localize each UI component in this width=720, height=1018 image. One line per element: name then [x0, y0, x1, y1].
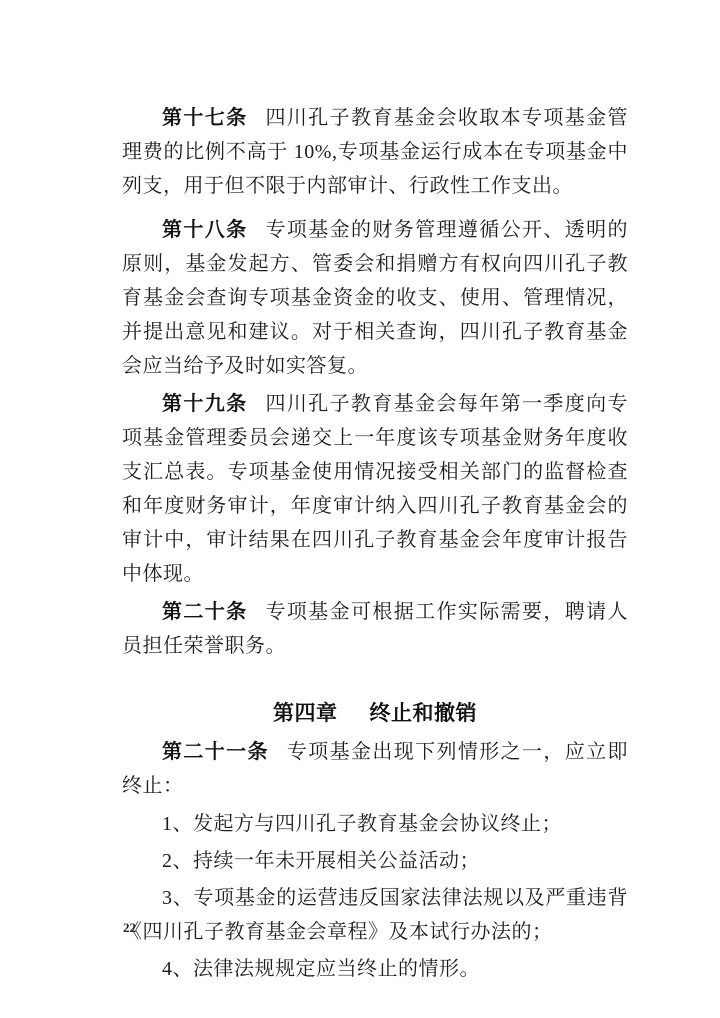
article-20-number: 第二十条	[162, 601, 266, 623]
termination-item-2: 2、持续一年未开展相关公益活动；	[122, 844, 628, 878]
chapter-title: 终止和撤销	[370, 702, 478, 725]
document-page: 第十七条四川孔子教育基金会收取本专项基金管理费的比例不高于 10%,专项基金运行…	[0, 0, 720, 1018]
document-content: 第十七条四川孔子教育基金会收取本专项基金管理费的比例不高于 10%,专项基金运行…	[122, 101, 628, 989]
page-number: 22	[123, 920, 136, 936]
termination-item-3: 3、专项基金的运营违反国家法律法规以及严重违背《四川孔子教育基金会章程》及本试行…	[122, 881, 628, 949]
article-17-number: 第十七条	[162, 107, 266, 129]
termination-item-1: 1、发起方与四川孔子教育基金会协议终止；	[122, 807, 628, 841]
article-19-number: 第十九条	[162, 393, 266, 415]
article-17-paragraph: 第十七条四川孔子教育基金会收取本专项基金管理费的比例不高于 10%,专项基金运行…	[122, 101, 628, 203]
chapter-4-heading: 第四章终止和撤销	[122, 697, 628, 731]
article-18-number: 第十八条	[162, 219, 266, 241]
article-18-text: 专项基金的财务管理遵循公开、透明的原则，基金发起方、管委会和捐赠方有权向四川孔子…	[122, 219, 628, 377]
chapter-number: 第四章	[273, 702, 338, 725]
article-18-paragraph: 第十八条专项基金的财务管理遵循公开、透明的原则，基金发起方、管委会和捐赠方有权向…	[122, 213, 628, 383]
termination-item-4: 4、法律法规规定应当终止的情形。	[122, 952, 628, 986]
article-21-paragraph: 第二十一条专项基金出现下列情形之一，应立即终止：	[122, 735, 628, 803]
article-21-number: 第二十一条	[162, 741, 287, 763]
article-19-text: 四川孔子教育基金会每年第一季度向专项基金管理委员会递交上一年度该专项基金财务年度…	[122, 393, 628, 585]
article-19-paragraph: 第十九条四川孔子教育基金会每年第一季度向专项基金管理委员会递交上一年度该专项基金…	[122, 387, 628, 591]
article-20-paragraph: 第二十条专项基金可根据工作实际需要，聘请人员担任荣誉职务。	[122, 595, 628, 663]
